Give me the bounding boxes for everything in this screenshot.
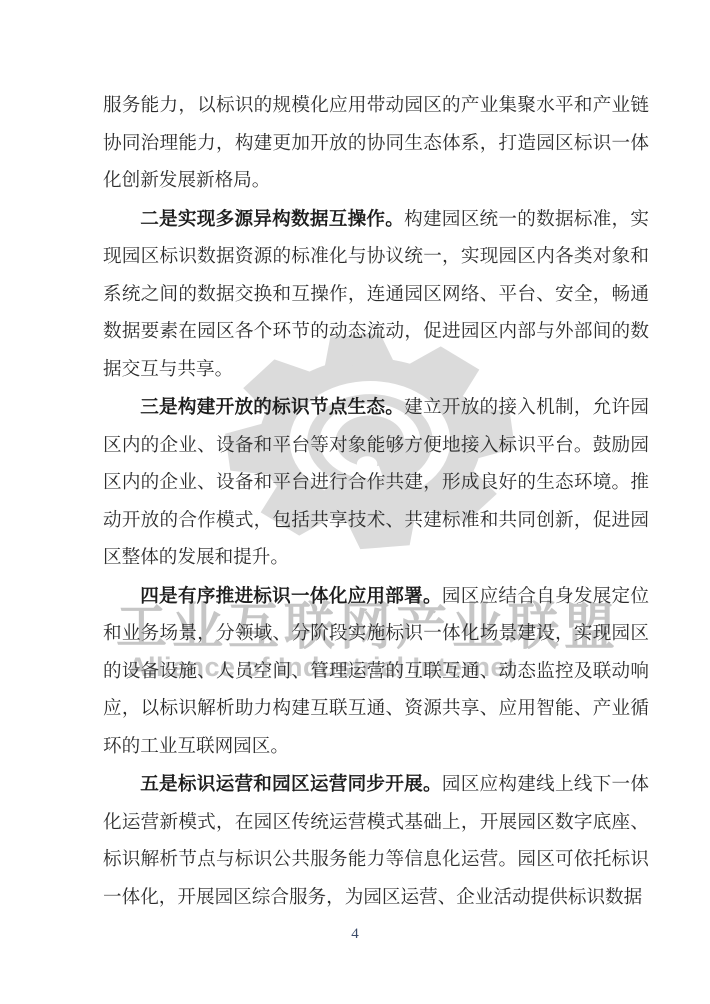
- paragraph-1-body: 服务能力，以标识的规模化应用带动园区的产业集聚水平和产业链协同治理能力，构建更加…: [103, 95, 649, 191]
- document-body: 服务能力，以标识的规模化应用带动园区的产业集聚水平和产业链协同治理能力，构建更加…: [103, 86, 649, 916]
- paragraph-4: 四是有序推进标识一体化应用部署。园区应结合自身发展定位和业务场景，分领域、分阶段…: [103, 577, 649, 766]
- document-page: 工业互联网产业联盟 Alliance of Industrial Interne…: [0, 0, 710, 1004]
- paragraph-4-lead: 四是有序推进标识一体化应用部署。: [140, 585, 442, 606]
- paragraph-2-lead: 二是实现多源异构数据互操作。: [140, 208, 404, 229]
- paragraph-1: 服务能力，以标识的规模化应用带动园区的产业集聚水平和产业链协同治理能力，构建更加…: [103, 86, 649, 200]
- paragraph-4-body: 园区应结合自身发展定位和业务场景，分领域、分阶段实施标识一体化场景建设，实现园区…: [103, 586, 649, 757]
- paragraph-2: 二是实现多源异构数据互操作。构建园区统一的数据标准，实现园区标识数据资源的标准化…: [103, 200, 649, 389]
- paragraph-3-body: 建立开放的接入机制，允许园区内的企业、设备和平台等对象能够方便地接入标识平台。鼓…: [103, 397, 649, 568]
- page-number: 4: [0, 927, 710, 942]
- paragraph-5: 五是标识运营和园区运营同步开展。园区应构建线上线下一体化运营新模式，在园区传统运…: [103, 765, 649, 916]
- paragraph-5-body: 园区应构建线上线下一体化运营新模式，在园区传统运营模式基础上，开展园区数字底座、…: [103, 774, 649, 908]
- paragraph-2-body: 构建园区统一的数据标准，实现园区标识数据资源的标准化与协议统一，实现园区内各类对…: [103, 209, 649, 380]
- paragraph-3-lead: 三是构建开放的标识节点生态。: [140, 396, 404, 417]
- paragraph-5-lead: 五是标识运营和园区运营同步开展。: [140, 773, 442, 794]
- paragraph-3: 三是构建开放的标识节点生态。建立开放的接入机制，允许园区内的企业、设备和平台等对…: [103, 388, 649, 577]
